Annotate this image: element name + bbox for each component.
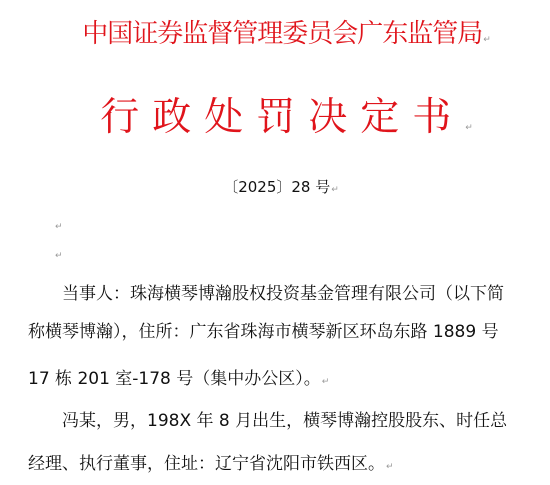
document-number: 〔2025〕28 号↵ [0, 176, 550, 201]
person-paragraph-line-1: 冯某，男，198X 年 8 月出生，横琴博瀚控股股东、时任总 [28, 409, 550, 433]
issuing-agency-header: 中国证券监督管理委员会广东监管局↵ [0, 18, 550, 56]
paragraph-mark-icon: ↵ [483, 35, 490, 45]
agency-name: 中国证券监督管理委员会广东监管局 [82, 19, 482, 49]
document-number-text: 〔2025〕28 号 [223, 178, 330, 196]
empty-paragraph-mark-icon: ↵ [55, 250, 63, 262]
party-paragraph-line-3: 17 栋 201 室-178 号（集中办公区）。↵ [28, 367, 528, 394]
empty-paragraph-mark-icon: ↵ [55, 221, 63, 233]
paragraph-mark-icon: ↵ [386, 462, 394, 472]
document-title-text: 行政处罚决定书 [100, 95, 464, 140]
person-paragraph-line-2: 经理、执行董事，住址：辽宁省沈阳市铁西区。↵ [28, 452, 528, 479]
paragraph-mark-icon: ↵ [322, 377, 330, 387]
paragraph-mark-icon: ↵ [465, 123, 486, 133]
paragraph-mark-icon: ↵ [331, 185, 339, 195]
party-paragraph-line-2: 称横琴博瀚），住所：广东省珠海市横琴新区环岛东路 1889 号 [28, 320, 528, 344]
party-paragraph-line-1: 当事人：珠海横琴博瀚股权投资基金管理有限公司（以下简 [28, 282, 550, 306]
document-page: 中国证券监督管理委员会广东监管局↵ 行政处罚决定书↵ 〔2025〕28 号↵ ↵… [0, 0, 550, 485]
document-title: 行政处罚决定书↵ [0, 94, 550, 152]
